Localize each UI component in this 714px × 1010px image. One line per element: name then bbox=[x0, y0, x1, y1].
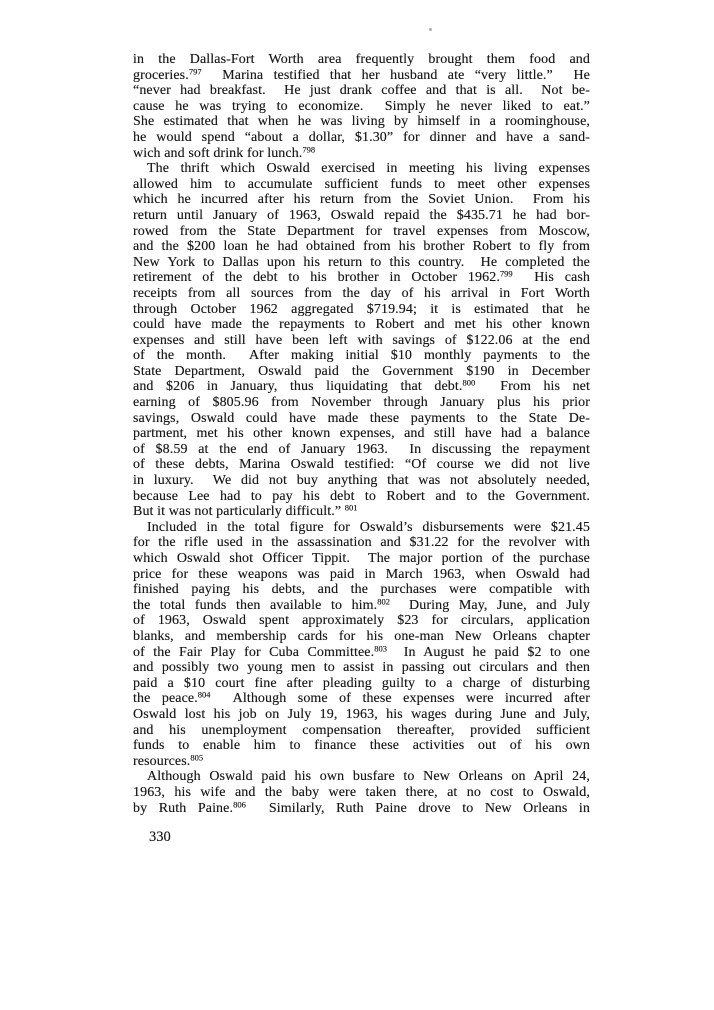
text-line: by Ruth Paine.806 Similarly, Ruth Paine … bbox=[133, 801, 590, 817]
scan-speck bbox=[429, 28, 432, 31]
text-line: State Department, Oswald paid the Govern… bbox=[133, 364, 590, 380]
text-line: of 1963, Oswald spent approximately $23 … bbox=[133, 613, 590, 629]
footnote-ref: 803 bbox=[374, 645, 387, 654]
text-line: of the Fair Play for Cuba Committee.803 … bbox=[133, 645, 590, 661]
text-line: the peace.804 Although some of these exp… bbox=[133, 691, 590, 707]
text-line: earning of $805.96 from November through… bbox=[133, 395, 590, 411]
text-line: of $8.59 at the end of January 1963. In … bbox=[133, 442, 590, 458]
text-line: resources.805 bbox=[133, 754, 590, 770]
text-line: which he incurred after his return from … bbox=[133, 192, 590, 208]
text-line: “never had breakfast. He just drank coff… bbox=[133, 83, 590, 99]
text-line: through October 1962 aggregated $719.94;… bbox=[133, 302, 590, 318]
text-line: Oswald lost his job on July 19, 1963, hi… bbox=[133, 707, 590, 723]
footnote-ref: 801 bbox=[345, 504, 358, 513]
text-line: 1963, his wife and the baby were taken t… bbox=[133, 785, 590, 801]
paragraph: in the Dallas-Fort Worth area frequently… bbox=[133, 52, 590, 161]
text-line: in luxury. We did not buy anything that … bbox=[133, 473, 590, 489]
text-line: and his unemployment compensation therea… bbox=[133, 723, 590, 739]
footnote-ref: 798 bbox=[302, 146, 315, 155]
text-line: receipts from all sources from the day o… bbox=[133, 286, 590, 302]
page-number: 330 bbox=[149, 829, 171, 846]
text-line: and possibly two young men to assist in … bbox=[133, 660, 590, 676]
text-line: Included in the total figure for Oswald’… bbox=[133, 520, 590, 536]
text-line: return until January of 1963, Oswald rep… bbox=[133, 208, 590, 224]
text-line: cause he was trying to economize. Simply… bbox=[133, 99, 590, 115]
text-line: of the month. After making initial $10 m… bbox=[133, 348, 590, 364]
text-line: rowed from the State Department for trav… bbox=[133, 224, 590, 240]
text-line: groceries.797 Marina testified that her … bbox=[133, 68, 590, 84]
text-block: in the Dallas-Fort Worth area frequently… bbox=[133, 52, 590, 816]
text-line: retirement of the debt to his brother in… bbox=[133, 270, 590, 286]
text-line: blanks, and membership cards for his one… bbox=[133, 629, 590, 645]
text-line: paid a $10 court fine after pleading gui… bbox=[133, 676, 590, 692]
text-line: The thrift which Oswald exercised in mee… bbox=[133, 161, 590, 177]
text-line: which Oswald shot Officer Tippit. The ma… bbox=[133, 551, 590, 567]
text-line: for the rifle used in the assassination … bbox=[133, 535, 590, 551]
paragraph: The thrift which Oswald exercised in mee… bbox=[133, 161, 590, 520]
text-line: But it was not particularly difficult.” … bbox=[133, 504, 590, 520]
text-line: New York to Dallas upon his return to th… bbox=[133, 255, 590, 271]
footnote-ref: 804 bbox=[198, 691, 211, 700]
text-line: he would spend “about a dollar, $1.30” f… bbox=[133, 130, 590, 146]
paragraph: Included in the total figure for Oswald’… bbox=[133, 520, 590, 770]
text-line: of these debts, Marina Oswald testified:… bbox=[133, 457, 590, 473]
text-line: funds to enable him to finance these act… bbox=[133, 738, 590, 754]
text-line: price for these weapons was paid in Marc… bbox=[133, 567, 590, 583]
text-line: partment, met his other known expenses, … bbox=[133, 426, 590, 442]
text-line: could have made the repayments to Robert… bbox=[133, 317, 590, 333]
text-line: expenses and still have been left with s… bbox=[133, 333, 590, 349]
text-line: Although Oswald paid his own busfare to … bbox=[133, 769, 590, 785]
text-line: because Lee had to pay his debt to Rober… bbox=[133, 489, 590, 505]
footnote-ref: 799 bbox=[500, 270, 513, 279]
document-page: in the Dallas-Fort Worth area frequently… bbox=[0, 0, 714, 1010]
text-line: and the $200 loan he had obtained from h… bbox=[133, 239, 590, 255]
text-line: and $206 in January, thus liquidating th… bbox=[133, 379, 590, 395]
footnote-ref: 802 bbox=[377, 598, 390, 607]
footnote-ref: 800 bbox=[462, 379, 475, 388]
text-line: in the Dallas-Fort Worth area frequently… bbox=[133, 52, 590, 68]
text-line: savings, Oswald could have made these pa… bbox=[133, 411, 590, 427]
footnote-ref: 797 bbox=[189, 68, 202, 77]
text-line: finished paying his debts, and the purch… bbox=[133, 582, 590, 598]
footnote-ref: 806 bbox=[233, 801, 246, 810]
text-line: the total funds then available to him.80… bbox=[133, 598, 590, 614]
text-line: wich and soft drink for lunch.798 bbox=[133, 146, 590, 162]
paragraph: Although Oswald paid his own busfare to … bbox=[133, 769, 590, 816]
text-line: allowed him to accumulate sufficient fun… bbox=[133, 177, 590, 193]
footnote-ref: 805 bbox=[190, 754, 203, 763]
text-line: She estimated that when he was living by… bbox=[133, 114, 590, 130]
